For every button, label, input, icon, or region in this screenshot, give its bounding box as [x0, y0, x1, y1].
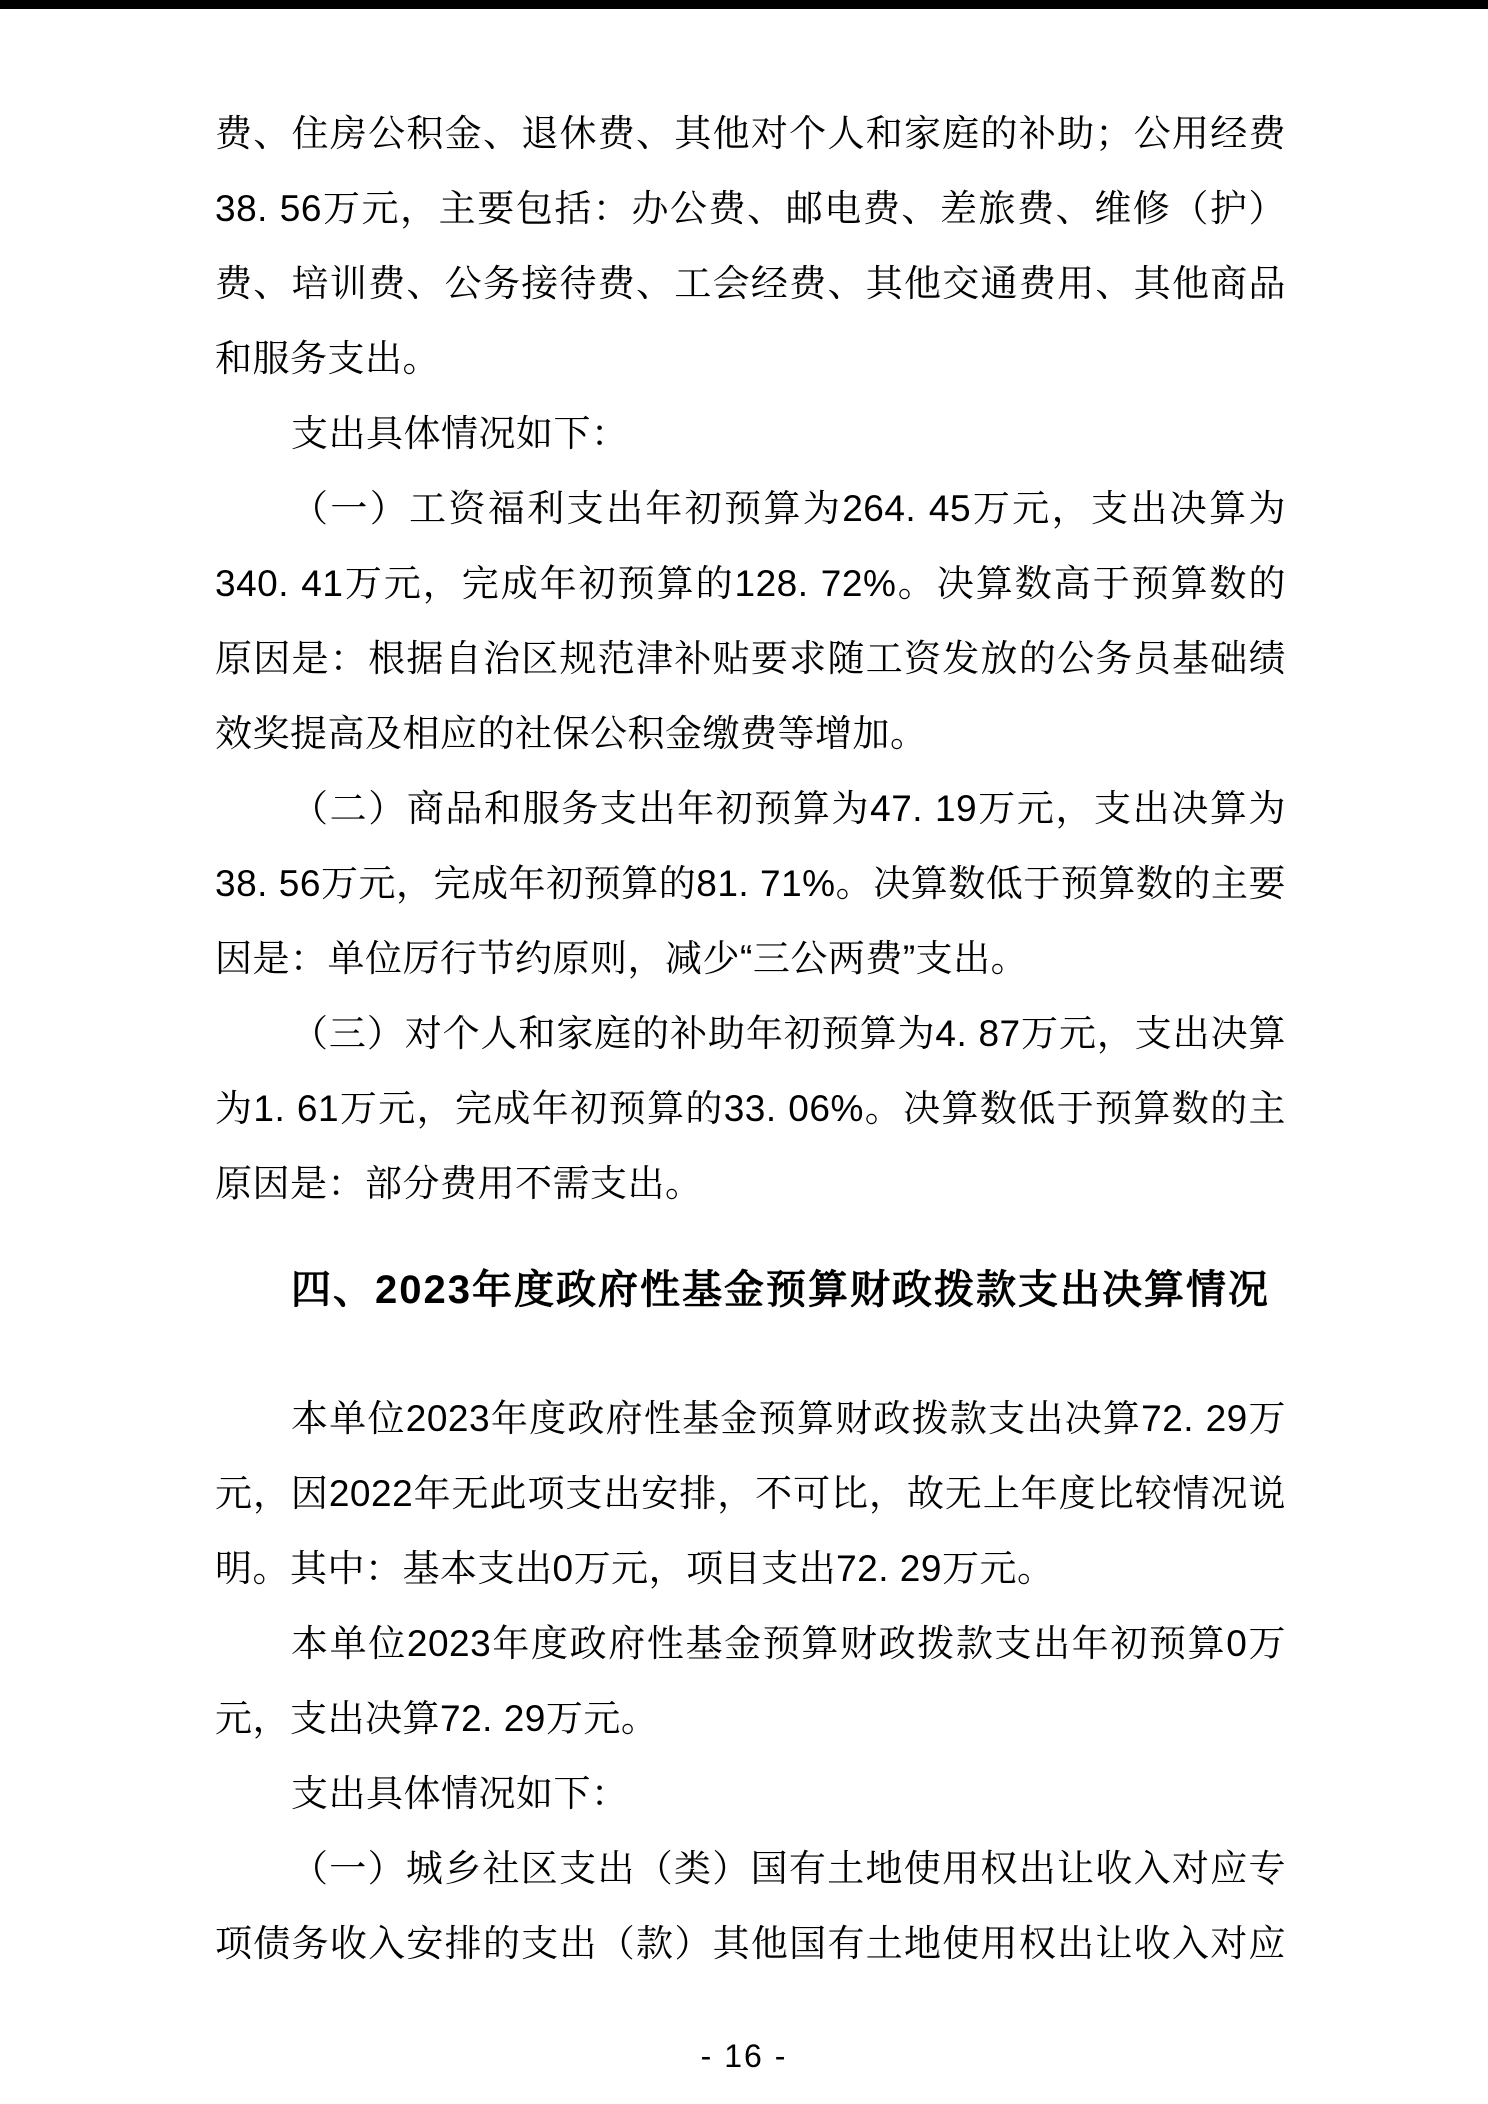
body-line: （一）城乡社区支出（类）国有土地使用权出让收入对应专 [215, 1831, 1286, 1906]
body-line: 项债务收入安排的支出（款）其他国有土地使用权出让收入对应 [215, 1906, 1286, 1981]
body-line: 效奖提高及相应的社保公积金缴费等增加。 [215, 696, 1286, 771]
body-line: （一）工资福利支出年初预算为264. 45万元，支出决算为 [215, 471, 1286, 546]
document-body: 费、住房公积金、退休费、其他对个人和家庭的补助；公用经费 38. 56万元，主要… [215, 96, 1286, 1981]
body-line: 原因是：部分费用不需支出。 [215, 1146, 1286, 1221]
body-line: 明。其中：基本支出0万元，项目支出72. 29万元。 [215, 1531, 1286, 1606]
body-line: 因是：单位厉行节约原则，减少“三公两费”支出。 [215, 921, 1286, 996]
page-number: - 16 - [0, 2038, 1488, 2074]
document-page: 费、住房公积金、退休费、其他对个人和家庭的补助；公用经费 38. 56万元，主要… [0, 0, 1488, 2104]
section-heading: 四、2023年度政府性基金预算财政拨款支出决算情况 [215, 1253, 1286, 1328]
body-line: 本单位2023年度政府性基金预算财政拨款支出决算72. 29万 [215, 1381, 1286, 1456]
scan-edge-bar [0, 0, 1488, 9]
body-line: 本单位2023年度政府性基金预算财政拨款支出年初预算0万 [215, 1606, 1286, 1681]
body-line: 支出具体情况如下： [215, 1756, 1286, 1831]
body-line: 38. 56万元，主要包括：办公费、邮电费、差旅费、维修（护） [215, 171, 1286, 246]
body-line: 支出具体情况如下： [215, 396, 1286, 471]
body-line: （三）对个人和家庭的补助年初预算为4. 87万元，支出决算 [215, 996, 1286, 1071]
body-line: 元，支出决算72. 29万元。 [215, 1681, 1286, 1756]
body-line: （二）商品和服务支出年初预算为47. 19万元，支出决算为 [215, 771, 1286, 846]
body-line: 38. 56万元，完成年初预算的81. 71%。决算数低于预算数的主要原 [215, 846, 1286, 921]
body-line: 元，因2022年无此项支出安排，不可比，故无上年度比较情况说 [215, 1456, 1286, 1531]
body-line: 和服务支出。 [215, 321, 1286, 396]
body-line: 原因是：根据自治区规范津补贴要求随工资发放的公务员基础绩 [215, 621, 1286, 696]
body-line: 为1. 61万元，完成年初预算的33. 06%。决算数低于预算数的主要 [215, 1071, 1286, 1146]
body-line: 费、住房公积金、退休费、其他对个人和家庭的补助；公用经费 [215, 96, 1286, 171]
body-line: 340. 41万元，完成年初预算的128. 72%。决算数高于预算数的主要 [215, 546, 1286, 621]
body-line: 费、培训费、公务接待费、工会经费、其他交通费用、其他商品 [215, 246, 1286, 321]
